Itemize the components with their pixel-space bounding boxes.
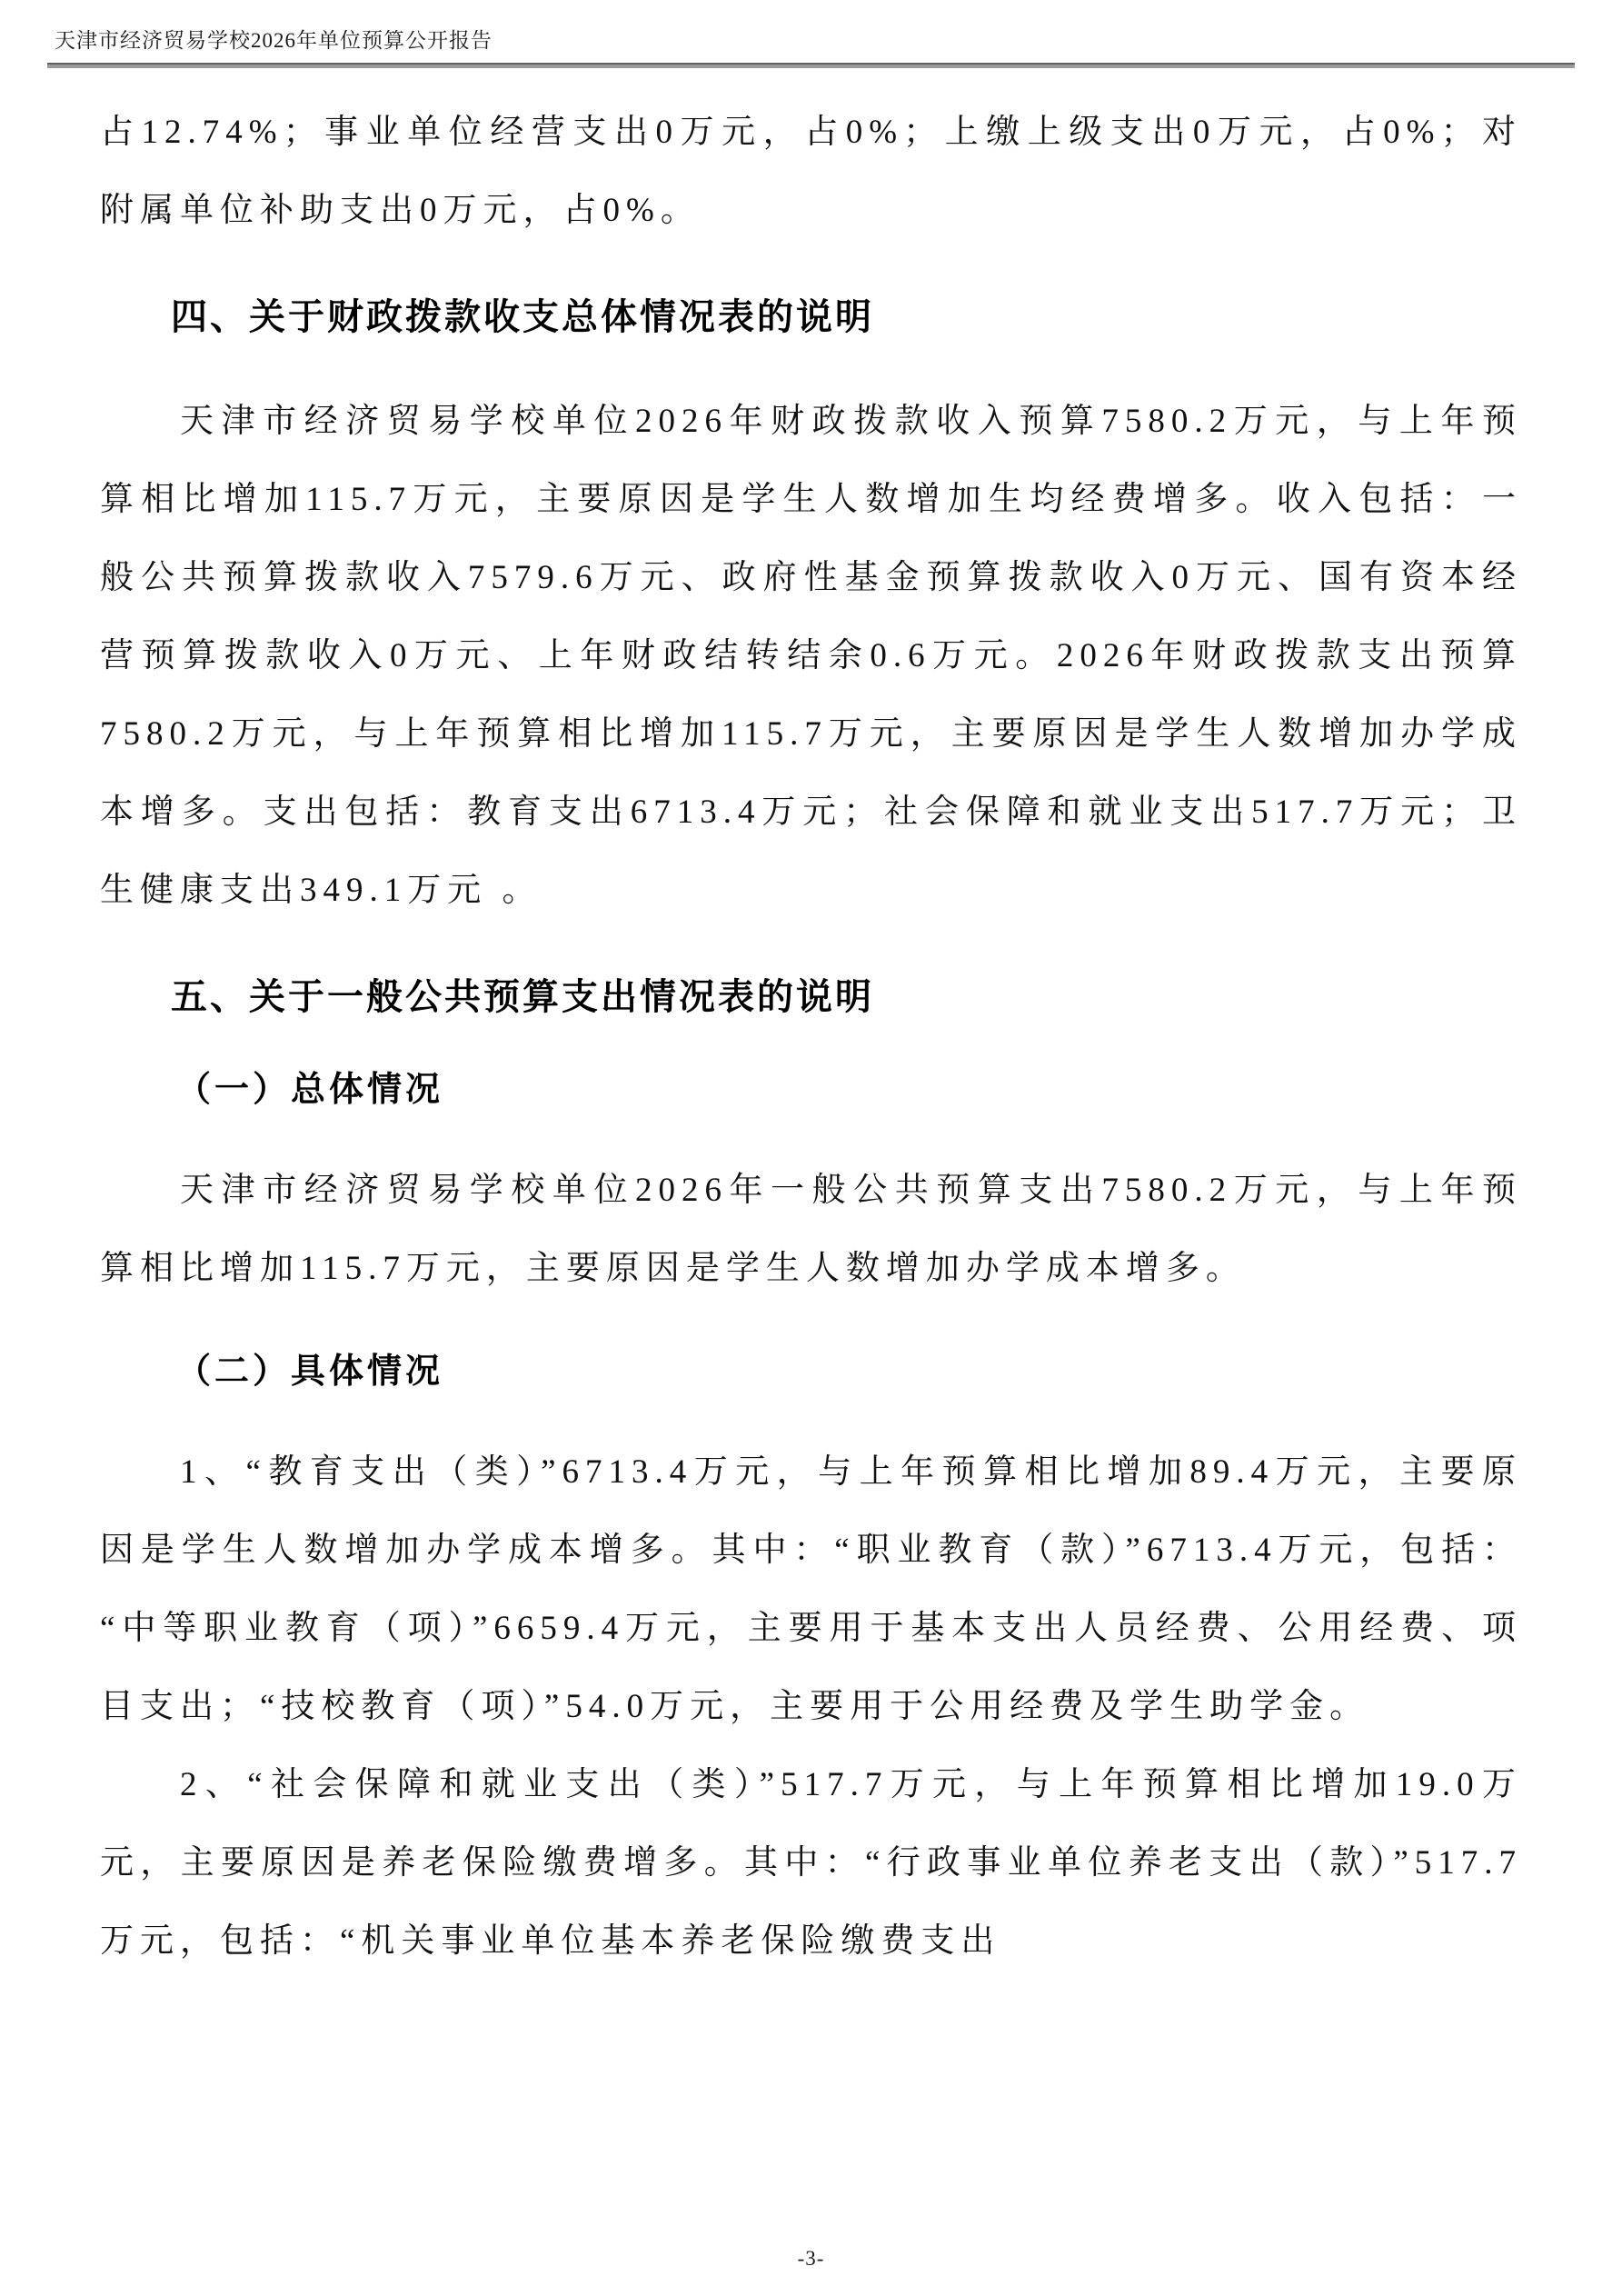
paragraph-social-security-expenditure: 2、“社会保障和就业支出（类）”517.7万元，与上年预算相比增加19.0万元，… xyxy=(100,1746,1522,1981)
document-header: 天津市经济贸易学校2026年单位预算公开报告 xyxy=(0,0,1622,68)
sub-heading-specific: （二）具体情况 xyxy=(100,1344,1522,1399)
paragraph-education-expenditure: 1、“教育支出（类）”6713.4万元，与上年预算相比增加89.4万元，主要原因… xyxy=(100,1433,1522,1746)
sub-heading-overall: （一）总体情况 xyxy=(100,1063,1522,1117)
header-title: 天津市经济贸易学校2026年单位预算公开报告 xyxy=(47,24,1575,63)
section-heading-5: 五、关于一般公共预算支出情况表的说明 xyxy=(100,970,1522,1024)
paragraph-fiscal-appropriation: 天津市经济贸易学校单位2026年财政拨款收入预算7580.2万元，与上年预算相比… xyxy=(100,383,1522,930)
page-number: -3- xyxy=(798,2247,825,2270)
document-body: 占12.74%；事业单位经营支出0万元，占0%；上缴上级支出0万元，占0%；对附… xyxy=(0,68,1622,1981)
document-page: { "doc": { "header_title": "天津市经济贸易学校202… xyxy=(0,0,1622,2296)
paragraph-continuation: 占12.74%；事业单位经营支出0万元，占0%；上缴上级支出0万元，占0%；对附… xyxy=(100,94,1522,250)
paragraph-overall-situation: 天津市经济贸易学校单位2026年一般公共预算支出7580.2万元，与上年预算相比… xyxy=(100,1152,1522,1308)
page-footer: -3- xyxy=(0,2247,1622,2271)
section-heading-4: 四、关于财政拨款收支总体情况表的说明 xyxy=(100,290,1522,344)
